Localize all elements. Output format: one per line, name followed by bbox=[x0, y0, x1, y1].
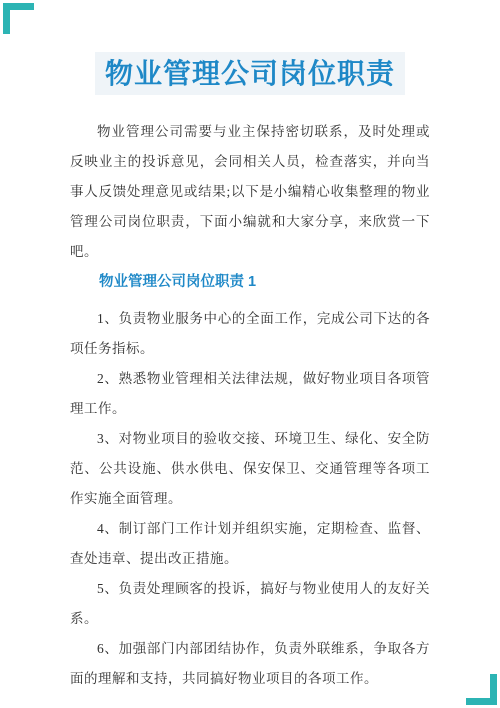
list-item: 1、负责物业服务中心的全面工作，完成公司下达的各项任务指标。 bbox=[70, 304, 430, 364]
list-item: 3、对物业项目的验收交接、环境卫生、绿化、安全防范、公共设施、供水供电、保安保卫… bbox=[70, 424, 430, 514]
corner-accent-top-left bbox=[3, 3, 34, 34]
page-title: 物业管理公司岗位职责 bbox=[95, 52, 405, 95]
section-heading: 物业管理公司岗位职责 1 bbox=[70, 267, 430, 297]
title-bar: 物业管理公司岗位职责 bbox=[0, 52, 500, 95]
document-page: 物业管理公司岗位职责 物业管理公司需要与业主保持密切联系，及时处理或反映业主的投… bbox=[0, 0, 500, 708]
list-item: 6、加强部门内部团结协作，负责外联维系，争取各方面的理解和支持，共同搞好物业项目… bbox=[70, 634, 430, 694]
list-item: 5、负责处理顾客的投诉，搞好与物业使用人的友好关系。 bbox=[70, 574, 430, 634]
intro-paragraph: 物业管理公司需要与业主保持密切联系，及时处理或反映业主的投诉意见，会同相关人员，… bbox=[70, 117, 430, 267]
list-item: 4、制订部门工作计划并组织实施，定期检查、监督、查处违章、提出改正措施。 bbox=[70, 514, 430, 574]
list-item: 2、熟悉物业管理相关法律法规，做好物业项目各项管理工作。 bbox=[70, 364, 430, 424]
corner-accent-bottom-right bbox=[466, 674, 497, 705]
document-body: 物业管理公司需要与业主保持密切联系，及时处理或反映业主的投诉意见，会同相关人员，… bbox=[0, 117, 500, 694]
